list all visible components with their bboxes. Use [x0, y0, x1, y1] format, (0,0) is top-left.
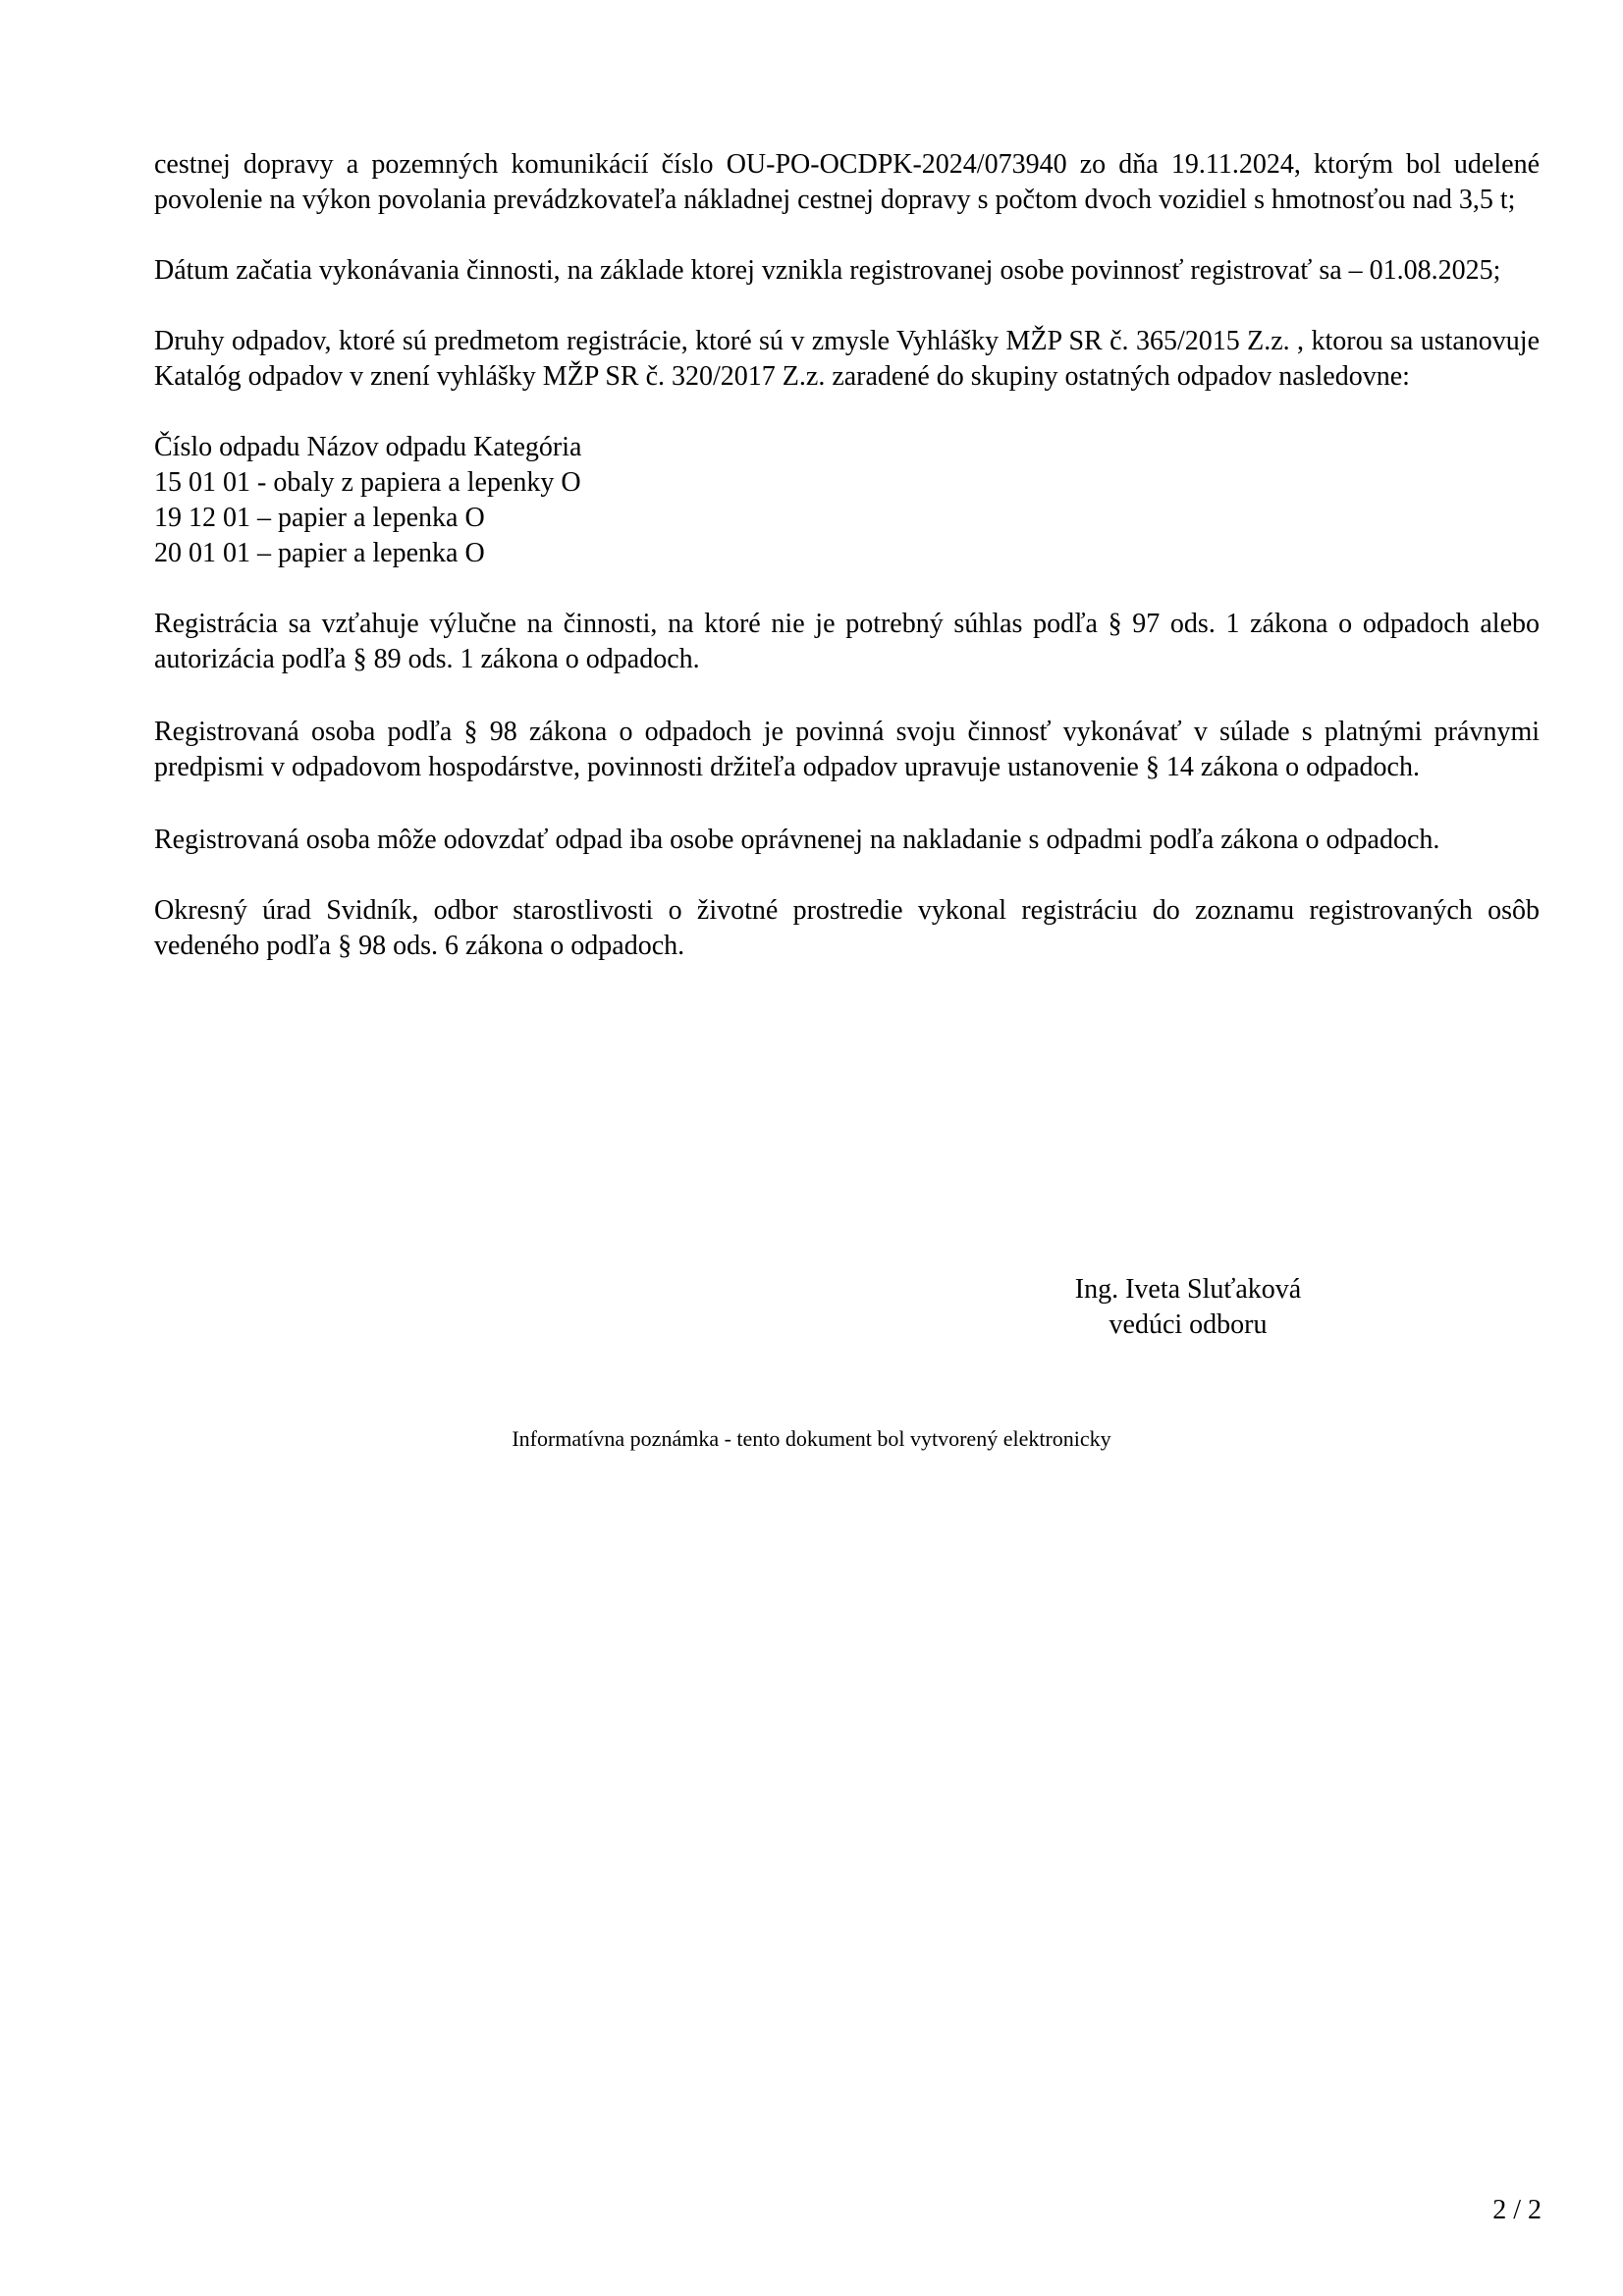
registration-scope-paragraph: Registrácia sa vzťahuje výlučne na činno…: [154, 607, 1540, 677]
document-page: cestnej dopravy a pozemných komunikácií …: [0, 0, 1623, 2296]
waste-types-paragraph: Druhy odpadov, ktoré sú predmetom regist…: [154, 324, 1540, 395]
obligations-paragraph: Registrovaná osoba podľa § 98 zákona o o…: [154, 715, 1540, 785]
waste-table-row: 19 12 01 – papier a lepenka O: [154, 501, 1540, 536]
document-body: cestnej dopravy a pozemných komunikácií …: [154, 147, 1540, 999]
registry-paragraph: Okresný úrad Svidník, odbor starostlivos…: [154, 893, 1540, 964]
signature-block: Ing. Iveta Sluťaková vedúci odboru: [1041, 1272, 1335, 1343]
waste-table-row: 15 01 01 - obaly z papiera a lepenky O: [154, 465, 1540, 501]
waste-table-row: 20 01 01 – papier a lepenka O: [154, 536, 1540, 571]
informative-note: Informatívna poznámka - tento dokument b…: [0, 1425, 1623, 1453]
signatory-name: Ing. Iveta Sluťaková: [1041, 1272, 1335, 1308]
permit-paragraph: cestnej dopravy a pozemných komunikácií …: [154, 147, 1540, 218]
handover-paragraph: Registrovaná osoba môže odovzdať odpad i…: [154, 823, 1540, 858]
signatory-title: vedúci odboru: [1041, 1308, 1335, 1343]
waste-table-header: Číslo odpadu Názov odpadu Kategória: [154, 430, 1540, 465]
page-number: 2 / 2: [1473, 2193, 1542, 2228]
start-date-paragraph: Dátum začatia vykonávania činnosti, na z…: [154, 253, 1540, 289]
waste-table: Číslo odpadu Názov odpadu Kategória 15 0…: [154, 430, 1540, 571]
